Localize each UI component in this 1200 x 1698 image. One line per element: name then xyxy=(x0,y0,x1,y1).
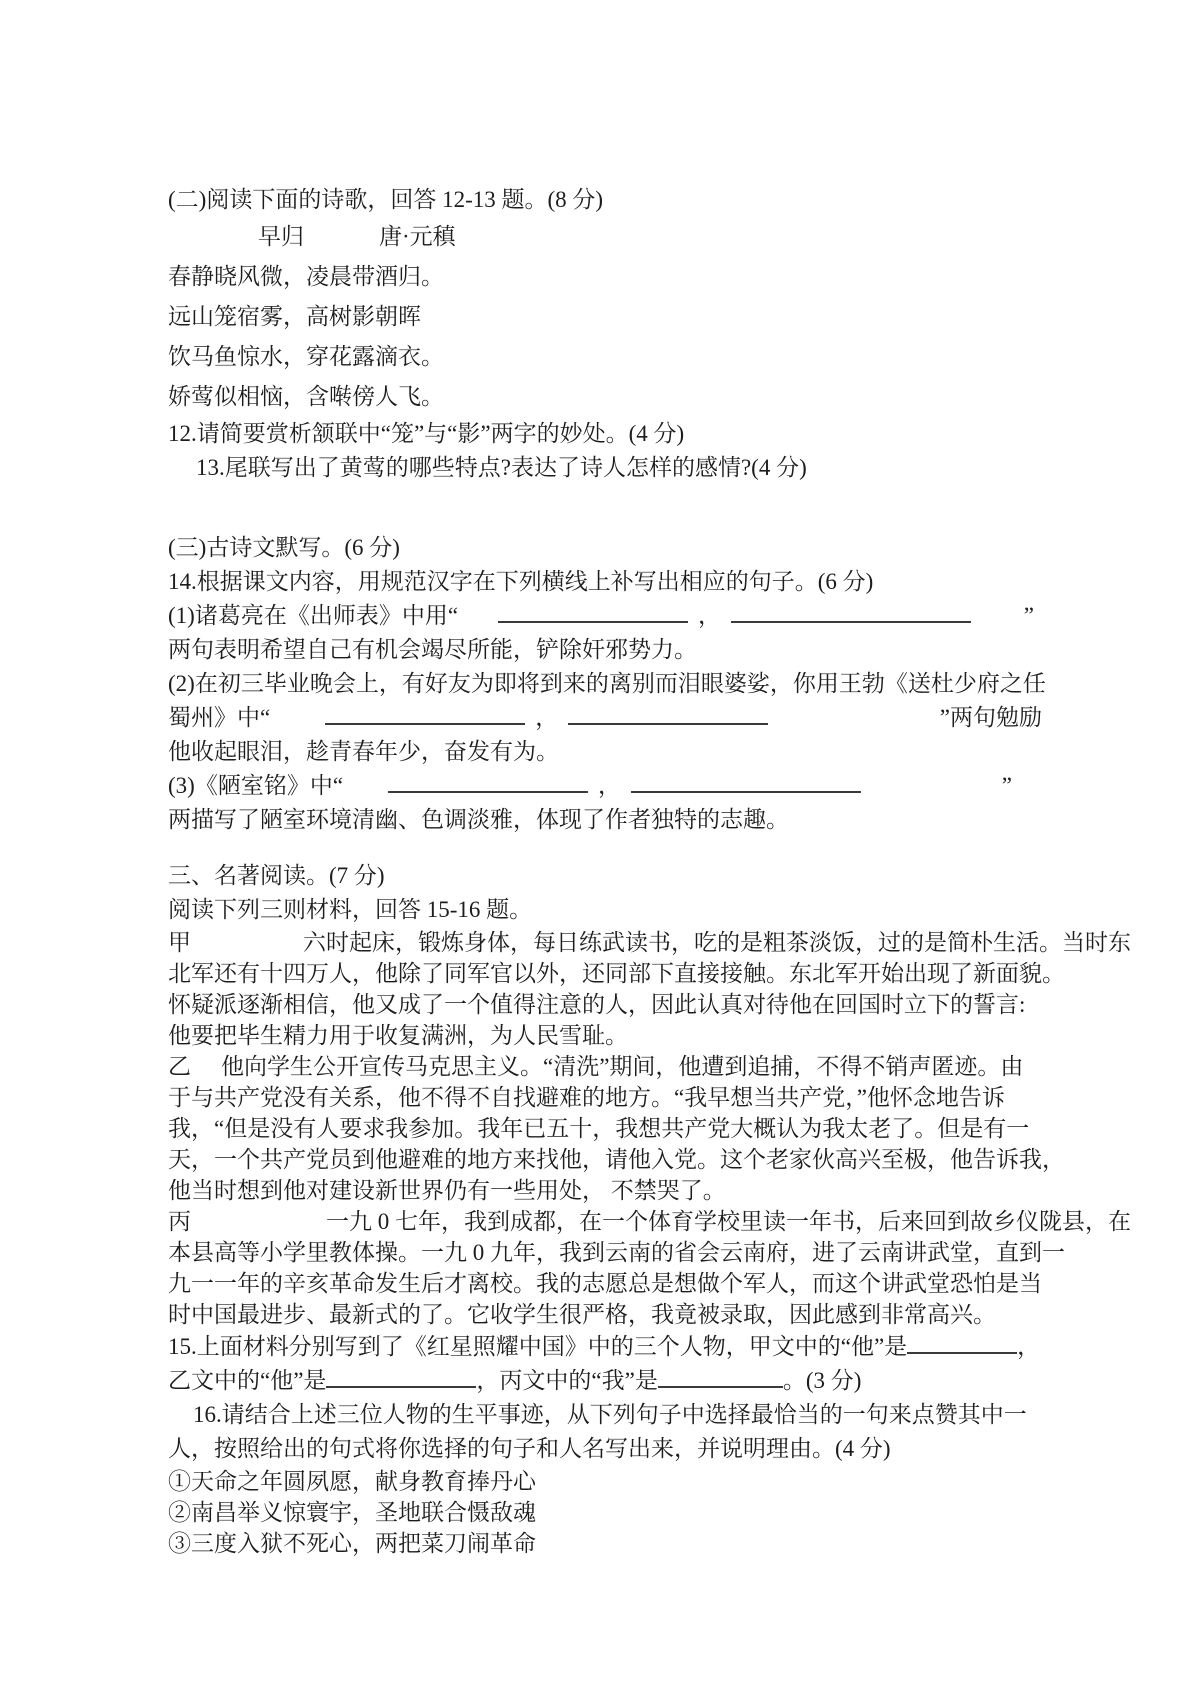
q14-item2-line1: (2)在初三毕业晚会上，有好友为即将到来的离别而泪眼婆娑，你用王勃《送杜少府之任 xyxy=(168,667,1042,701)
material-bing-line: 本县高等小学里教体操。一九 0 九年，我到云南的省会云南府，进了云南讲武堂，直到… xyxy=(168,1237,1042,1268)
poem-line: 娇莺似相恼，含啭傍人飞。 xyxy=(168,377,1042,417)
poetry-heading: (二)阅读下面的诗歌，回答 12-13 题。(8 分) xyxy=(168,183,1042,217)
answer-blank xyxy=(658,1370,783,1388)
q14-item2-tail: ”两句勉励 xyxy=(940,701,1042,735)
blank-separator-comma: ， xyxy=(598,769,621,803)
question-12: 12.请简要赏析颔联中“笼”与“影”两字的妙处。(4 分) xyxy=(168,417,1042,451)
q14-item2-blank-line: 蜀州》中“，”两句勉励 xyxy=(168,701,1042,735)
material-yi-text: 他向学生公开宣传马克思主义。“清洗”期间，他遭到追捕，不得不销声匿迹。由 xyxy=(221,1054,1023,1079)
q14-item2-lead: 蜀州》中“ xyxy=(168,705,270,730)
reading-intro: 阅读下列三则材料，回答 15-16 题。 xyxy=(168,893,1042,927)
answer-blank xyxy=(731,605,971,623)
material-jia-line: 甲六时起床，锻炼身体，每日练武读书，吃的是粗茶淡饭，过的是简朴生活。当时东 xyxy=(168,927,1042,958)
q14-item3-lead: (3)《陋室铭》中“ xyxy=(168,773,343,798)
exam-page: (二)阅读下面的诗歌，回答 12-13 题。(8 分) 早归唐·元稹 春静晓风微… xyxy=(0,0,1200,1698)
dictation-heading: (三)古诗文默写。(6 分) xyxy=(168,531,1042,565)
q16-option-1: ①天命之年圆夙愿，献身教育捧丹心 xyxy=(168,1466,1042,1497)
section-poetry: (二)阅读下面的诗歌，回答 12-13 题。(8 分) 早归唐·元稹 春静晓风微… xyxy=(168,183,1042,485)
q16-option-3: ③三度入狱不死心，两把菜刀闹革命 xyxy=(168,1528,1042,1559)
material-bing: 丙一九 0 七年，我到成都，在一个体育学校里读一年书，后来回到故乡仪陇县，在 本… xyxy=(168,1206,1042,1330)
section-reading: 三、名著阅读。(7 分) 阅读下列三则材料，回答 15-16 题。 甲六时起床，… xyxy=(168,859,1042,1559)
reading-heading: 三、名著阅读。(7 分) xyxy=(168,859,1042,893)
q14-item2-explanation: 他收起眼泪，趁青春年少，奋发有为。 xyxy=(168,735,1042,769)
closing-quote: ” xyxy=(1024,599,1034,633)
question-14-intro: 14.根据课文内容，用规范汉字在下列横线上补写出相应的句子。(6 分) xyxy=(168,565,1042,599)
q15-line2-mid: ，丙文中的“我”是 xyxy=(476,1368,657,1393)
material-jia-line: 怀疑派逐渐相信，他又成了一个值得注意的人，因此认真对待他在回国时立下的誓言: xyxy=(168,989,1042,1020)
poem-author: 唐·元稹 xyxy=(379,224,456,249)
material-bing-label: 丙 xyxy=(168,1206,191,1237)
answer-blank xyxy=(568,707,768,725)
material-jia: 甲六时起床，锻炼身体，每日练武读书，吃的是粗茶淡饭，过的是简朴生活。当时东 北军… xyxy=(168,927,1042,1051)
q16-option-2: ②南昌举义惊寰宇，圣地联合慑敌魂 xyxy=(168,1497,1042,1528)
material-yi-line: 他当时想到他对建设新世界仍有一些用处， 不禁哭了。 xyxy=(168,1175,1042,1206)
q15-line2-text: 乙文中的“他”是 xyxy=(168,1368,326,1393)
question-13: 13.尾联写出了黄莺的哪些特点?表达了诗人怎样的感情?(4 分) xyxy=(168,451,1042,485)
answer-blank xyxy=(325,707,525,725)
blank-separator-comma: ， xyxy=(535,701,558,735)
question-16-line1: 16.请结合上述三位人物的生平事迹，从下列句子中选择最恰当的一句来点赞其中一 xyxy=(168,1398,1042,1432)
answer-blank xyxy=(907,1336,1017,1354)
material-jia-text: 六时起床，锻炼身体，每日练武读书，吃的是粗茶淡饭，过的是简朴生活。当时东 xyxy=(303,930,1131,955)
answer-blank xyxy=(631,775,861,793)
material-yi-line: 乙他向学生公开宣传马克思主义。“清洗”期间，他遭到追捕，不得不销声匿迹。由 xyxy=(168,1051,1042,1082)
poem-title-line: 早归唐·元稹 xyxy=(168,217,1042,257)
q14-item3-blank-line: (3)《陋室铭》中“，” xyxy=(168,769,1042,803)
material-yi-line: 天，一个共产党员到他避难的地方来找他，请他入党。这个老家伙高兴至极，他告诉我， xyxy=(168,1144,1042,1175)
section-dictation: (三)古诗文默写。(6 分) 14.根据课文内容，用规范汉字在下列横线上补写出相… xyxy=(168,531,1042,837)
question-16-line2: 人，按照给出的句式将你选择的句子和人名写出来，并说明理由。(4 分) xyxy=(168,1432,1042,1466)
q14-item1-explanation: 两句表明希望自己有机会竭尽所能，铲除奸邪势力。 xyxy=(168,633,1042,667)
question-15-line1: 15.上面材料分别写到了《红星照耀中国》中的三个人物，甲文中的“他”是， xyxy=(168,1330,1042,1364)
answer-blank xyxy=(388,775,588,793)
material-bing-text: 一九 0 七年，我到成都，在一个体育学校里读一年书，后来回到故乡仪陇县，在 xyxy=(326,1209,1131,1234)
poem-line: 春静晓风微，凌晨带酒归。 xyxy=(168,257,1042,297)
answer-blank xyxy=(498,605,688,623)
q15-line2-end: 。(3 分) xyxy=(783,1368,862,1393)
q14-item3-explanation: 两描写了陋室环境清幽、色调淡雅，体现了作者独特的志趣。 xyxy=(168,803,1042,837)
material-bing-line: 丙一九 0 七年，我到成都，在一个体育学校里读一年书，后来回到故乡仪陇县，在 xyxy=(168,1206,1042,1237)
material-jia-line: 他要把毕生精力用于收复满洲，为人民雪耻。 xyxy=(168,1020,1042,1051)
q15-line1-text: 15.上面材料分别写到了《红星照耀中国》中的三个人物，甲文中的“他”是 xyxy=(168,1334,907,1359)
exam-content: (二)阅读下面的诗歌，回答 12-13 题。(8 分) 早归唐·元稹 春静晓风微… xyxy=(0,0,1200,1559)
material-yi-line: 我，“但是没有人要求我参加。我年已五十，我想共产党大概认为我太老了。但是有一 xyxy=(168,1113,1042,1144)
closing-quote: ” xyxy=(1002,769,1012,803)
poem-title: 早归 xyxy=(258,224,304,249)
q15-line1-comma: ， xyxy=(1017,1334,1040,1359)
question-15-line2: 乙文中的“他”是，丙文中的“我”是。(3 分) xyxy=(168,1364,1042,1398)
material-yi-line: 于与共产党没有关系，他不得不自找避难的地方。“我早想当共产党，”他怀念地告诉 xyxy=(168,1082,1042,1113)
material-jia-line: 北军还有十四万人，他除了同军官以外，还同部下直接接触。东北军开始出现了新面貌。 xyxy=(168,958,1042,989)
poem-line: 饮马鱼惊水，穿花露滴衣。 xyxy=(168,337,1042,377)
q14-item1-blank-line: (1)诸葛亮在《出师表》中用“，” xyxy=(168,599,1042,633)
q14-item1-lead: (1)诸葛亮在《出师表》中用“ xyxy=(168,603,458,628)
answer-blank xyxy=(326,1370,476,1388)
blank-separator-comma: ， xyxy=(698,599,721,633)
material-jia-label: 甲 xyxy=(168,927,191,958)
material-bing-line: 九一一年的辛亥革命发生后才离校。我的志愿总是想做个军人，而这个讲武堂恐怕是当 xyxy=(168,1268,1042,1299)
poem-line: 远山笼宿雾，高树影朝晖 xyxy=(168,297,1042,337)
material-bing-line: 时中国最进步、最新式的了。它收学生很严格，我竟被录取，因此感到非常高兴。 xyxy=(168,1299,1042,1330)
material-yi: 乙他向学生公开宣传马克思主义。“清洗”期间，他遭到追捕，不得不销声匿迹。由 于与… xyxy=(168,1051,1042,1206)
material-yi-label: 乙 xyxy=(168,1051,191,1082)
